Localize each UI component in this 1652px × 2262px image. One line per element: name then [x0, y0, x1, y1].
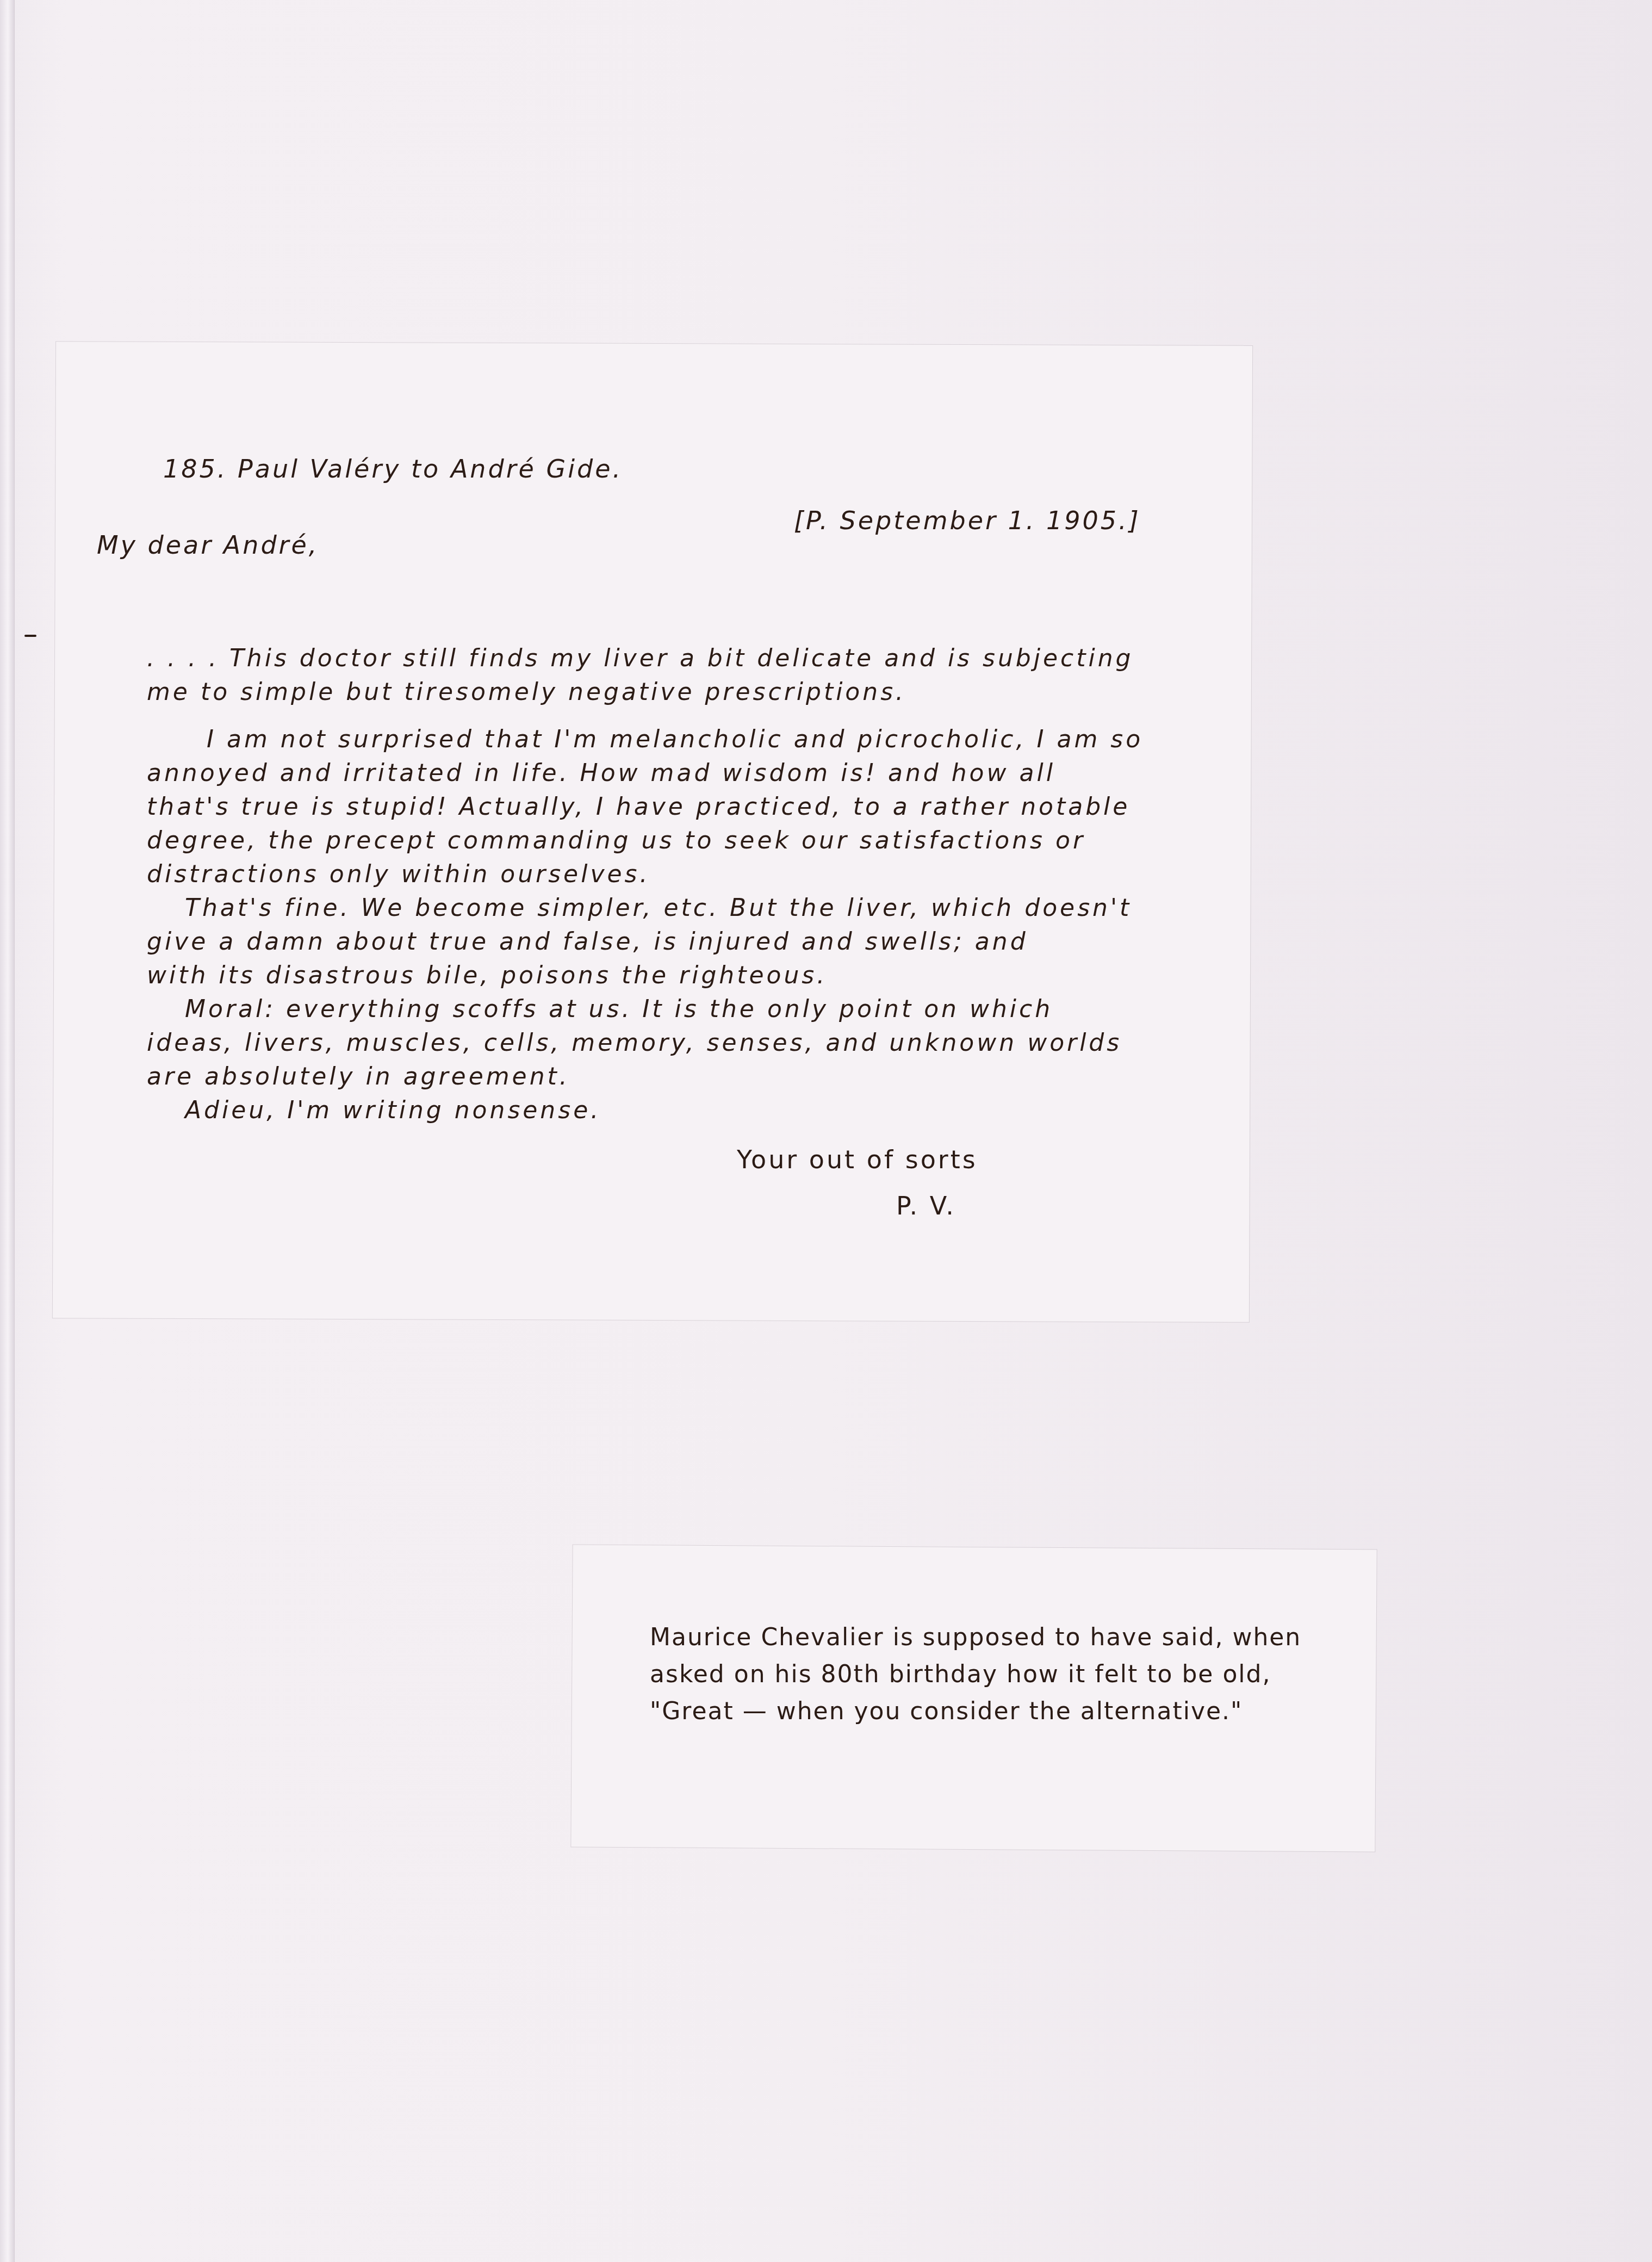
- body-line: distractions only within ourselves.: [147, 860, 1224, 894]
- page-binding-edge: [0, 0, 15, 2262]
- body-line: Adieu, I'm writing nonsense.: [147, 1096, 1224, 1130]
- letter-heading: 185. Paul Valéry to André Gide.: [163, 454, 623, 484]
- letter-closing: Your out of sorts: [737, 1145, 978, 1174]
- body-line: with its disastrous bile, poisons the ri…: [147, 962, 1224, 995]
- quote-line: Maurice Chevalier is supposed to have sa…: [650, 1623, 1301, 1660]
- quote-line: asked on his 80th birthday how it felt t…: [650, 1660, 1301, 1697]
- quote-text: Maurice Chevalier is supposed to have sa…: [650, 1623, 1301, 1734]
- body-line: that's true is stupid! Actually, I have …: [147, 793, 1224, 827]
- quote-line: "Great — when you consider the alternati…: [650, 1697, 1301, 1734]
- album-page: 185. Paul Valéry to André Gide. [P. Sept…: [0, 0, 1652, 2262]
- body-line: are absolutely in agreement.: [147, 1063, 1224, 1096]
- body-line: That's fine. We become simpler, etc. But…: [147, 894, 1224, 928]
- body-line: give a damn about true and false, is inj…: [147, 928, 1224, 962]
- letter-salutation: My dear André,: [97, 530, 319, 560]
- letter-body: . . . . This doctor still finds my liver…: [147, 644, 1224, 1130]
- letter-signature: P. V.: [896, 1191, 956, 1220]
- body-line: . . . . This doctor still finds my liver…: [147, 644, 1224, 678]
- ink-margin-mark: [24, 635, 36, 637]
- body-line: me to simple but tiresomely negative pre…: [147, 678, 1224, 712]
- letter-date: [P. September 1. 1905.]: [794, 506, 1141, 535]
- body-line: annoyed and irritated in life. How mad w…: [147, 759, 1224, 793]
- body-line: ideas, livers, muscles, cells, memory, s…: [147, 1029, 1224, 1063]
- body-line: Moral: everything scoffs at us. It is th…: [147, 995, 1224, 1029]
- body-line: degree, the precept commanding us to see…: [147, 827, 1224, 860]
- body-line: I am not surprised that I'm melancholic …: [147, 726, 1224, 759]
